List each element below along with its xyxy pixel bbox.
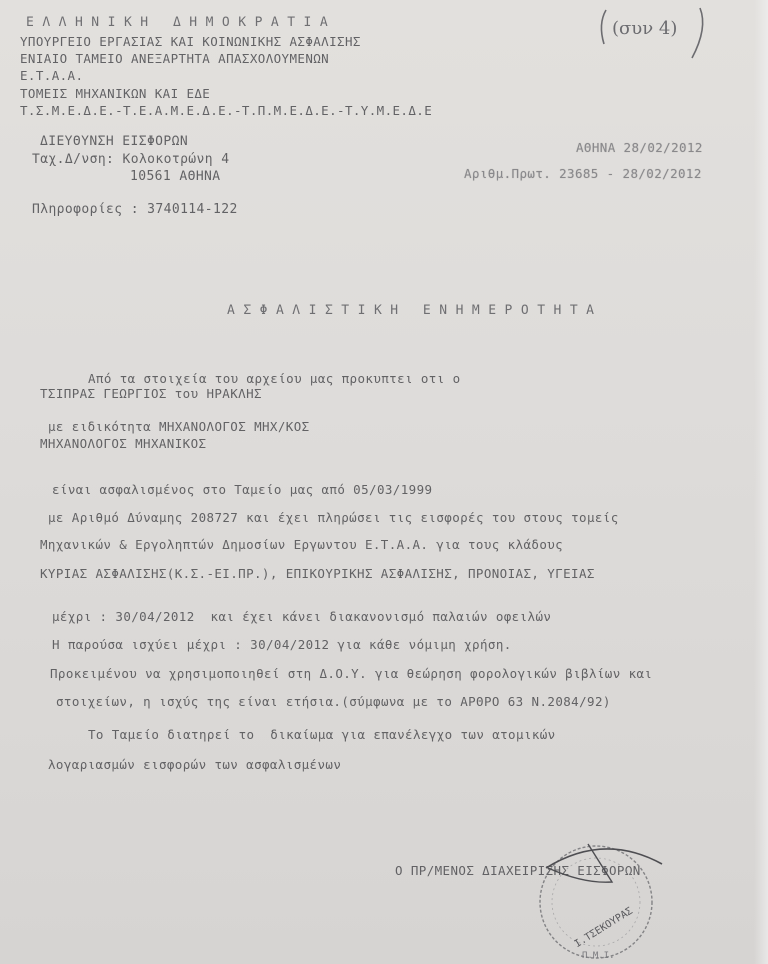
body-intro: Από τα στοιχεία του αρχείου μας προκυπτε… bbox=[88, 371, 461, 386]
office-info-phone: Πληροφορίες : 3740114-122 bbox=[32, 202, 238, 217]
header-country: ΕΛΛΗΝΙΚΗ ΔΗΜΟΚΡΑΤΙΑ bbox=[26, 15, 336, 30]
registry-number-line: με Αριθμό Δύναμης 208727 και έχει πληρώσ… bbox=[48, 510, 619, 525]
insured-since: είναι ασφαλισμένος στο Ταμείο μας από 05… bbox=[52, 482, 432, 497]
specialty-line-1: με ειδικότητα ΜΗΧΑΝΟΛΟΓΟΣ ΜΗΧ/ΚΟΣ bbox=[48, 419, 310, 434]
header-ministry: ΥΠΟΥΡΓΕΙΟ ΕΡΓΑΣΙΑΣ ΚΑΙ ΚΟΙΝΩΝΙΚΗΣ ΑΣΦΑΛΙ… bbox=[20, 34, 361, 49]
paid-until-line: μέχρι : 30/04/2012 και έχει κάνει διακαν… bbox=[52, 609, 551, 624]
handwritten-note: (συν 4) bbox=[596, 4, 714, 60]
header-fund: ΕΝΙΑΙΟ ΤΑΜΕΙΟ ΑΝΕΞΑΡΤΗΤΑ ΑΠΑΣΧΟΛΟΥΜΕΝΩΝ bbox=[20, 51, 329, 66]
insured-name: ΤΣΙΠΡΑΣ ΓΕΩΡΓΙΟΣ του ΗΡΑΚΛΗΣ bbox=[40, 386, 262, 401]
official-stamp: Ι.ΤΣΕΚΟΥΡΑΣ Π.Μ.Ι. bbox=[524, 838, 664, 964]
tax-use-line-1: Προκειμένου να χρησιμοποιηθεί στη Δ.Ο.Υ.… bbox=[50, 666, 652, 681]
office-department: ΔΙΕΥΘΥΝΣΗ ΕΙΣΦΟΡΩΝ bbox=[40, 134, 188, 149]
reserve-line-1: Το Ταμείο διατηρεί το δικαίωμα για επανέ… bbox=[88, 727, 556, 742]
reference-place-date: ΑΘΗΝΑ 28/02/2012 bbox=[576, 140, 703, 155]
office-address: Ταχ.Δ/νση: Κολοκοτρώνη 4 bbox=[32, 152, 229, 167]
tax-use-line-2: στοιχείων, η ισχύς της είναι ετήσια.(σύμ… bbox=[56, 694, 611, 709]
specialty-line-2: ΜΗΧΑΝΟΛΟΓΟΣ ΜΗΧΑΝΙΚΟΣ bbox=[40, 436, 206, 451]
reserve-line-2: λογαριασμών εισφορών των ασφαλισμένων bbox=[48, 757, 341, 772]
sectors-line: Μηχανικών & Εργοληπτών Δημοσίων Εργωντου… bbox=[40, 537, 563, 552]
handwritten-note-text: (συν 4) bbox=[612, 18, 677, 39]
document-title: ΑΣΦΑΛΙΣΤΙΚΗ ΕΝΗΜΕΡΟΤΗΤΑ bbox=[227, 303, 603, 318]
scanned-document-page: ΕΛΛΗΝΙΚΗ ΔΗΜΟΚΡΑΤΙΑ ΥΠΟΥΡΓΕΙΟ ΕΡΓΑΣΙΑΣ Κ… bbox=[0, 0, 768, 964]
stamp-name: Ι.ΤΣΕΚΟΥΡΑΣ bbox=[573, 906, 635, 950]
header-sector-codes: Τ.Σ.Μ.Ε.Δ.Ε.-Τ.Ε.Α.Μ.Ε.Δ.Ε.-Τ.Π.Μ.Ε.Δ.Ε.… bbox=[20, 103, 432, 118]
office-city: 10561 ΑΘΗΝΑ bbox=[130, 169, 221, 184]
validity-line: Η παρούσα ισχύει μέχρι : 30/04/2012 για … bbox=[52, 637, 512, 652]
reference-protocol-number: Αριθμ.Πρωτ. 23685 - 28/02/2012 bbox=[464, 166, 702, 181]
branches-line: ΚΥΡΙΑΣ ΑΣΦΑΛΙΣΗΣ(Κ.Σ.-ΕΙ.ΠΡ.), ΕΠΙΚΟΥΡΙΚ… bbox=[40, 566, 595, 581]
header-sectors: ΤΟΜΕΙΣ ΜΗΧΑΝΙΚΩΝ ΚΑΙ ΕΔΕ bbox=[20, 86, 210, 101]
header-fund-abbr: Ε.Τ.Α.Α. bbox=[20, 68, 83, 83]
stamp-bottom-text: Π.Μ.Ι. bbox=[582, 951, 615, 961]
